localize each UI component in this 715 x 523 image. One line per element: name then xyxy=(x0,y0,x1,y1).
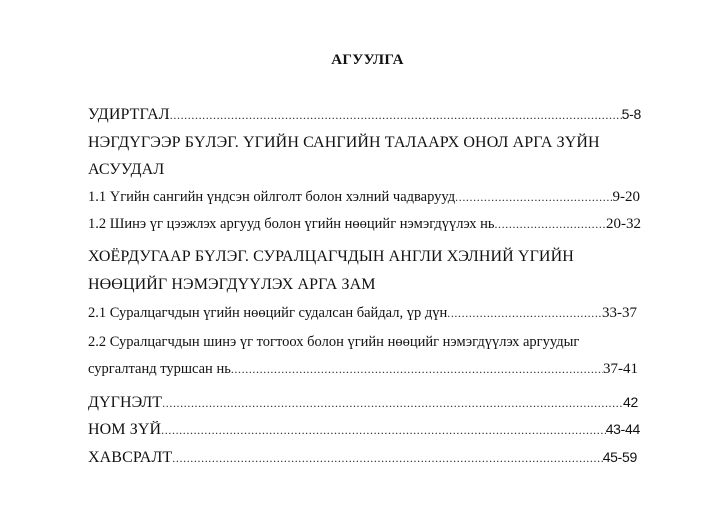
toc-entry-label: УДИРТГАЛ xyxy=(88,106,170,124)
toc-entry-page: 20-32 xyxy=(606,216,641,233)
toc-entry-page: 37-41 xyxy=(603,361,638,378)
dot-leader xyxy=(231,362,603,377)
toc-entry-label: НОМ ЗҮЙ xyxy=(88,421,161,439)
toc-entry-2-1[interactable]: 2.1 Суралцагчдын үгийн нөөцийг судалсан … xyxy=(88,305,637,322)
toc-entry-page: 9-20 xyxy=(613,189,641,206)
toc-chapter-1-line2[interactable]: АСУУДАЛ xyxy=(88,161,164,179)
dot-leader xyxy=(455,190,612,205)
toc-entry-2-2[interactable]: сургалтанд туршсан нь 37-41 xyxy=(88,361,638,378)
toc-entry-label: 1.2 Шинэ үг цээжлэх аргууд болон үгийн н… xyxy=(88,216,494,233)
toc-entry-conclusion[interactable]: ДҮГНЭЛТ 42 xyxy=(88,394,638,412)
toc-entry-appendix[interactable]: ХАВСРАЛТ 45-59 xyxy=(88,449,637,467)
toc-entry-page: 33-37 xyxy=(602,305,637,322)
dot-leader xyxy=(162,396,623,411)
dot-leader xyxy=(447,306,602,321)
toc-title: АГУУЛГА xyxy=(10,52,715,69)
dot-leader xyxy=(494,217,606,232)
toc-chapter-2-line2[interactable]: НӨӨЦИЙГ НЭМЭГДҮҮЛЭХ АРГА ЗАМ xyxy=(88,276,376,294)
toc-entry-page: 42 xyxy=(623,394,638,410)
toc-entry-page: 45-59 xyxy=(603,449,637,465)
toc-entry-page: 5-8 xyxy=(622,106,641,122)
toc-entry-bibliography[interactable]: НОМ ЗҮЙ 43-44 xyxy=(88,421,640,439)
toc-entry-1-1[interactable]: 1.1 Үгийн сангийн үндсэн ойлголт болон х… xyxy=(88,189,640,206)
toc-entry-label: 2.1 Суралцагчдын үгийн нөөцийг судалсан … xyxy=(88,305,447,322)
dot-leader xyxy=(161,423,606,438)
toc-chapter-2-line1[interactable]: ХОЁРДУГААР БҮЛЭГ. СУРАЛЦАГЧДЫН АНГЛИ ХЭЛ… xyxy=(88,248,574,266)
toc-entry-label: ДҮГНЭЛТ xyxy=(88,394,162,412)
dot-leader xyxy=(170,108,622,123)
toc-chapter-1-line1[interactable]: НЭГДҮГЭЭР БҮЛЭГ. ҮГИЙН САНГИЙН ТАЛААРХ О… xyxy=(88,134,600,152)
toc-entry-label: ХАВСРАЛТ xyxy=(88,449,172,467)
toc-entry-1-2[interactable]: 1.2 Шинэ үг цээжлэх аргууд болон үгийн н… xyxy=(88,216,641,233)
dot-leader xyxy=(172,451,602,466)
toc-entry-introduction[interactable]: УДИРТГАЛ 5-8 xyxy=(88,106,641,124)
toc-entry-2-2-line1[interactable]: 2.2 Суралцагчдын шинэ үг тогтоох болон ү… xyxy=(88,334,579,351)
toc-entry-label: 1.1 Үгийн сангийн үндсэн ойлголт болон х… xyxy=(88,189,455,206)
toc-entry-label: сургалтанд туршсан нь xyxy=(88,361,231,378)
toc-entry-page: 43-44 xyxy=(606,421,640,437)
